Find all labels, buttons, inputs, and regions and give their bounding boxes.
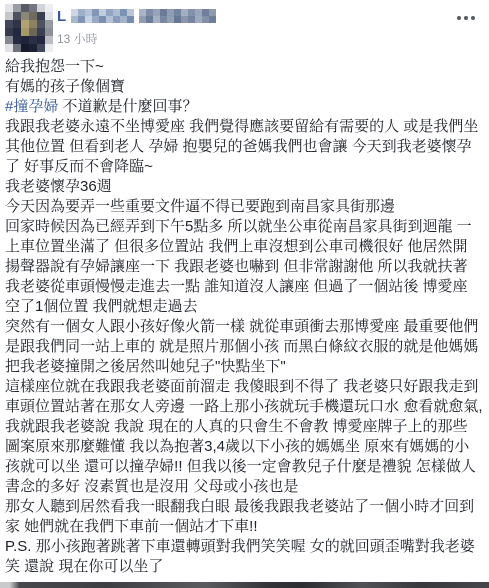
post-text-line: 回家時候因為已經弄到下午5點多 所以就坐公車從南昌家具街到迴龍 一	[5, 217, 485, 237]
post-text-line: 我老婆從車頭慢慢走進去一點 誰知道沒人讓座 但過了一個站後 博愛座	[5, 277, 485, 297]
facebook-post: L 13 小時 給我抱怨一下~ 有媽的孩子像個寶 #撞孕婦 不道歉是什麼回事？ …	[0, 0, 489, 588]
post-timestamp[interactable]: 13 小時	[57, 30, 216, 47]
post-text-line: 突然有一個女人跟小孩好像火箭一樣 就從車頭衝去那博愛座 最重要他們	[5, 317, 485, 337]
hashtag-line-rest: 不道歉是什麼回事？	[58, 98, 197, 115]
censored-name-block	[139, 9, 216, 23]
post-text-line: P.S. 那小孩跑著跳著下車還轉頭對我們笑笑喔 女的就回頭歪嘴對我老婆	[5, 537, 485, 557]
post-meta: L 13 小時	[57, 8, 216, 47]
author-name-link[interactable]: L	[57, 8, 216, 24]
post-text-line: 笑 還說 現在你可以坐了	[5, 557, 485, 577]
author-initial: L	[57, 8, 66, 25]
avatar[interactable]	[5, 4, 53, 52]
attached-photo-top-edge[interactable]	[0, 582, 489, 588]
post-text-line: 我就跟我老婆說 我說 現在的人真的只會生不會教 博愛座牌子上的那些	[5, 417, 485, 437]
censored-name-block	[71, 9, 134, 23]
post-text-line: 這樣座位就在我跟我老婆面前溜走 我傻眼到不得了 我老婆只好跟我走到	[5, 377, 485, 397]
post-text-line: 了 好事反而不會降臨~	[5, 157, 485, 177]
post-content: 給我抱怨一下~ 有媽的孩子像個寶 #撞孕婦 不道歉是什麼回事？ 我跟我老婆永遠不…	[0, 55, 489, 577]
post-text-line: #撞孕婦 不道歉是什麼回事？	[5, 97, 485, 117]
post-text-line: 我跟我老婆永遠不坐博愛座 我們覺得應該要留給有需要的人 或是我們坐	[5, 117, 485, 137]
post-text-line: 把我老婆撞開之後居然叫她兒子"快點坐下"	[5, 357, 485, 377]
post-text-line: 今天因為要弄一些重要文件逼不得已要跑到南昌家具街那邊	[5, 197, 485, 217]
post-text-line: 車頭位置站著在那女人旁邊 一路上那小孩就玩手機還玩口水 愈看就愈氣,	[5, 397, 485, 417]
post-options-button[interactable]	[449, 10, 475, 26]
post-text-line: 是跟我們同一站上車的 就是照片那個小孩 而黑白條紋衣服的就是他媽媽	[5, 337, 485, 357]
post-text-line: 我老婆懷孕36週	[5, 177, 485, 197]
post-text-line: 孩就可以坐 還可以撞孕婦!! 但我以後一定會教兒子什麼是禮貌 怎樣做人	[5, 457, 485, 477]
post-text-line: 那女人聽到居然看我一眼翻我白眼 最後我跟我老婆站了一個小時才回到	[5, 497, 485, 517]
hashtag-link[interactable]: #撞孕婦	[5, 98, 58, 115]
post-text-line: 圖案原來那麼難懂 我以為抱著3,4歲以下小孩的媽媽坐 原來有媽媽的小	[5, 437, 485, 457]
post-text-line: 家 她們就在我們下車前一個站才下車!!	[5, 517, 485, 537]
post-text-line: 空了1個位置 我們就想走過去	[5, 297, 485, 317]
post-text-line: 給我抱怨一下~	[5, 57, 485, 77]
post-text-line: 其他位置 但看到老人 孕婦 抱嬰兒的爸媽我們也會讓 今天到我老婆懷孕	[5, 137, 485, 157]
post-header: L 13 小時	[0, 0, 489, 55]
ellipsis-icon	[449, 10, 475, 26]
post-text-line: 揚聲器說有孕婦讓座一下 我跟老婆也嚇到 但非常謝謝他 所以我就扶著	[5, 257, 485, 277]
post-text-line: 書念的多好 沒素質也是沒用 父母或小孩也是	[5, 477, 485, 497]
post-text-line: 有媽的孩子像個寶	[5, 77, 485, 97]
post-text-line: 上車位置坐滿了 但很多位置站 我們上車沒想到公車司機很好 他居然開	[5, 237, 485, 257]
